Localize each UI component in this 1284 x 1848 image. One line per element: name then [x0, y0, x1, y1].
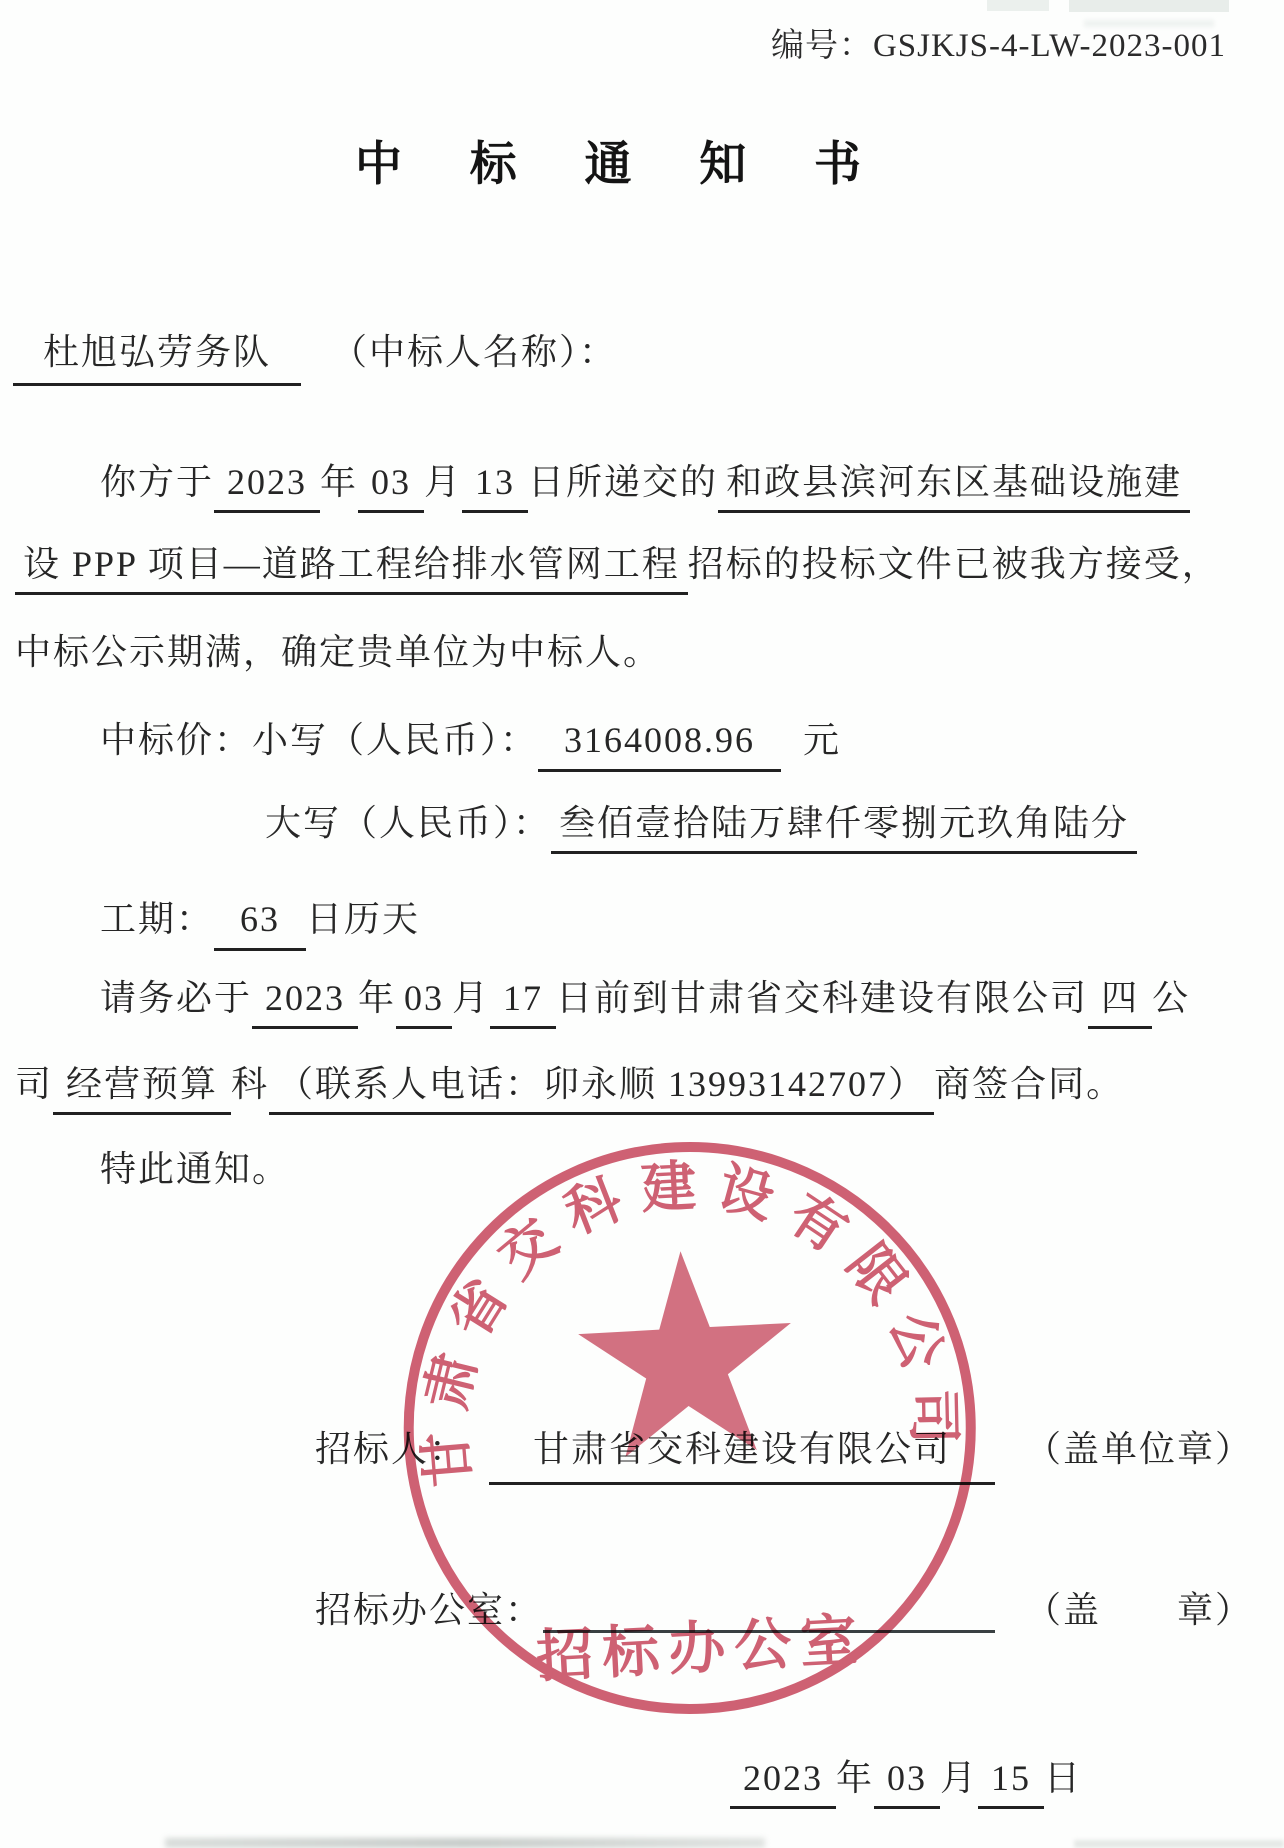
text-segment: 月 [424, 460, 462, 505]
contract-line-2: 司经营预算科（联系人电话：卯永顺 13993142707）商签合同。 [15, 1062, 1124, 1115]
text-segment: 请务必于 [100, 976, 252, 1021]
scan-artifact-top-2 [1069, 0, 1229, 12]
recipient-label: （中标人名称）： [331, 330, 617, 375]
duration-line: 工期：63日历天 [100, 897, 420, 951]
date-day-label: 日 [1044, 1756, 1082, 1801]
notice-line: 特此通知。 [100, 1147, 290, 1192]
submit-month: 03 [358, 460, 424, 513]
duration-days: 63 [214, 897, 306, 951]
document-page: 编号：GSJKJS-4-LW-2023-001 中 标 通 知 书 杜旭弘劳务队… [0, 0, 1284, 1848]
price-amount: 3164008.96 [538, 718, 781, 772]
text-segment: 你方于 [100, 460, 214, 505]
price-caps-amount: 叁佰壹拾陆万肆仟零捌元玖角陆分 [551, 801, 1137, 854]
text-segment: 科 [231, 1062, 269, 1107]
duration-unit: 日历天 [306, 897, 420, 942]
text-segment: 招标的投标文件已被我方接受， [688, 542, 1220, 587]
duration-label: 工期： [100, 897, 214, 942]
price-caps-label: 大写（人民币）： [265, 801, 551, 846]
date-month-label: 月 [940, 1756, 978, 1801]
tenderer-seal-note: （盖单位章） [1025, 1427, 1253, 1472]
text-segment: 年 [358, 976, 396, 1021]
price-line: 中标价：小写（人民币）：3164008.96元 [100, 718, 841, 772]
submit-year: 2023 [214, 460, 320, 513]
doc-number: 编号：GSJKJS-4-LW-2023-001 [771, 26, 1226, 67]
contract-line-1: 请务必于2023年03月17日前到甘肃省交科建设有限公司四公 [100, 976, 1190, 1029]
price-unit: 元 [803, 718, 841, 763]
scan-artifact-bottom-2 [1074, 1840, 1284, 1848]
body-line-2: 设 PPP 项目—道路工程给排水管网工程招标的投标文件已被我方接受， [15, 542, 1220, 595]
date-line: 2023年03月15日 [730, 1756, 1082, 1809]
deadline-year: 2023 [252, 976, 358, 1029]
date-month: 03 [874, 1756, 940, 1809]
project-name-part-2: 设 PPP 项目—道路工程给排水管网工程 [15, 542, 688, 595]
winner-name: 杜旭弘劳务队 [13, 330, 301, 386]
text-segment: 日所递交的 [528, 460, 718, 505]
scan-artifact-top-1 [987, 0, 1049, 11]
recipient-line: 杜旭弘劳务队（中标人名称）： [13, 330, 617, 386]
deadline-month: 03 [396, 976, 452, 1029]
date-year-label: 年 [836, 1756, 874, 1801]
branch-number: 四 [1088, 976, 1152, 1029]
scan-artifact-bottom-1 [165, 1838, 765, 1848]
seal-star-icon [574, 1246, 797, 1459]
text-segment: 商签合同。 [934, 1062, 1124, 1107]
project-name-part-1: 和政县滨河东区基础设施建 [718, 460, 1190, 513]
body-line-3: 中标公示期满，确定贵单位为中标人。 [15, 630, 661, 675]
page-title: 中 标 通 知 书 [0, 136, 1264, 195]
date-year: 2023 [730, 1756, 836, 1809]
submit-day: 13 [462, 460, 528, 513]
text-segment: 日前到甘肃省交科建设有限公司 [556, 976, 1088, 1021]
date-day: 15 [978, 1756, 1044, 1809]
contact-info: （联系人电话：卯永顺 13993142707） [269, 1062, 934, 1115]
body-line-1: 你方于2023年03月13日所递交的和政县滨河东区基础设施建 [100, 460, 1190, 513]
text-segment: 月 [452, 976, 490, 1021]
text-segment: 司 [15, 1062, 53, 1107]
price-label: 中标价：小写（人民币）： [100, 718, 538, 763]
department-name: 经营预算 [53, 1062, 231, 1115]
text-segment: 年 [320, 460, 358, 505]
price-caps-line: 大写（人民币）：叁佰壹拾陆万肆仟零捌元玖角陆分 [265, 801, 1137, 854]
official-seal: 甘肃省交科建设有限公司 招标办公室 [369, 1112, 1010, 1753]
text-segment: 公 [1152, 976, 1190, 1021]
office-seal-note: （盖 章） [1025, 1588, 1253, 1633]
deadline-day: 17 [490, 976, 556, 1029]
